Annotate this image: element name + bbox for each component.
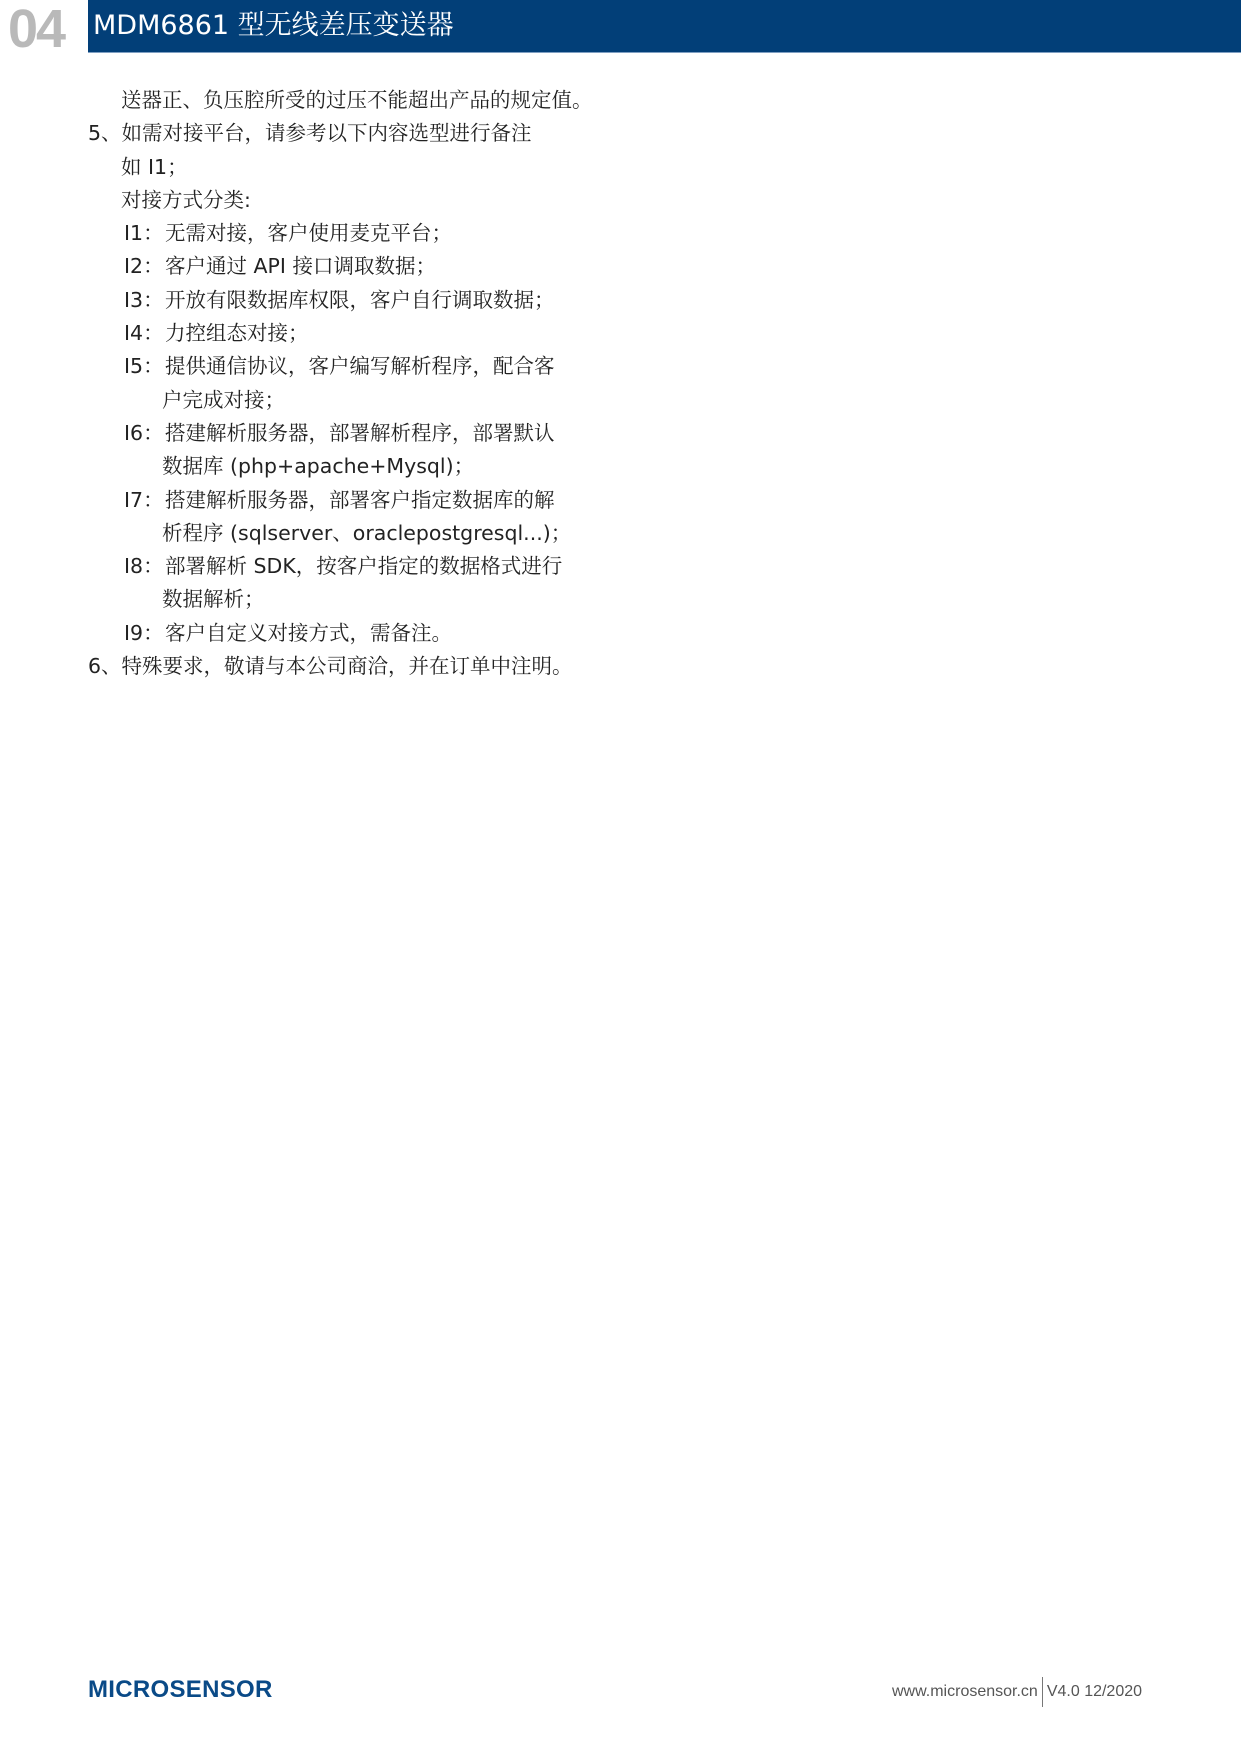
page-title: MDM6861 型无线差压变送器 [93, 9, 454, 43]
footer-info: www.microsensor.cn V4.0 12/2020 [892, 1676, 1142, 1708]
page-number: 04 [8, 0, 64, 53]
website-link[interactable]: www.microsensor.cn [892, 1683, 1038, 1701]
option-i7: I7：搭建解析服务器，部署客户指定数据库的解 [88, 484, 608, 517]
version-label: V4.0 12/2020 [1047, 1683, 1142, 1701]
option-i1: I1：无需对接，客户使用麦克平台； [88, 217, 608, 250]
continuation-text: 送器正、负压腔所受的过压不能超出产品的规定值。 [88, 84, 608, 117]
option-i6: I6：搭建解析服务器，部署解析程序，部署默认 [88, 417, 608, 450]
header-bar: MDM6861 型无线差压变送器 [88, 0, 1241, 53]
document-body: 送器正、负压腔所受的过压不能超出产品的规定值。 5、如需对接平台，请参考以下内容… [88, 84, 608, 683]
item-5-example: 如 I1； [88, 151, 608, 184]
option-i5-cont: 户完成对接； [88, 384, 608, 417]
item-6: 6、特殊要求，敬请与本公司商洽，并在订单中注明。 [88, 650, 608, 683]
option-i5: I5：提供通信协议，客户编写解析程序，配合客 [88, 350, 608, 383]
option-i4: I4：力控组态对接； [88, 317, 608, 350]
divider [1042, 1677, 1043, 1707]
option-i9: I9：客户自定义对接方式，需备注。 [88, 617, 608, 650]
option-i8-cont: 数据解析； [88, 583, 608, 616]
option-i2: I2：客户通过 API 接口调取数据； [88, 250, 608, 283]
option-i8: I8：部署解析 SDK，按客户指定的数据格式进行 [88, 550, 608, 583]
category-title: 对接方式分类: [88, 184, 608, 217]
option-i3: I3：开放有限数据库权限，客户自行调取数据； [88, 284, 608, 317]
option-i6-cont: 数据库 (php+apache+Mysql)； [88, 450, 608, 483]
item-5: 5、如需对接平台，请参考以下内容选型进行备注 [88, 117, 608, 150]
company-logo: MICROSENSOR [88, 1676, 273, 1704]
option-i7-cont: 析程序 (sqlserver、oraclepostgresql...)； [88, 517, 608, 550]
